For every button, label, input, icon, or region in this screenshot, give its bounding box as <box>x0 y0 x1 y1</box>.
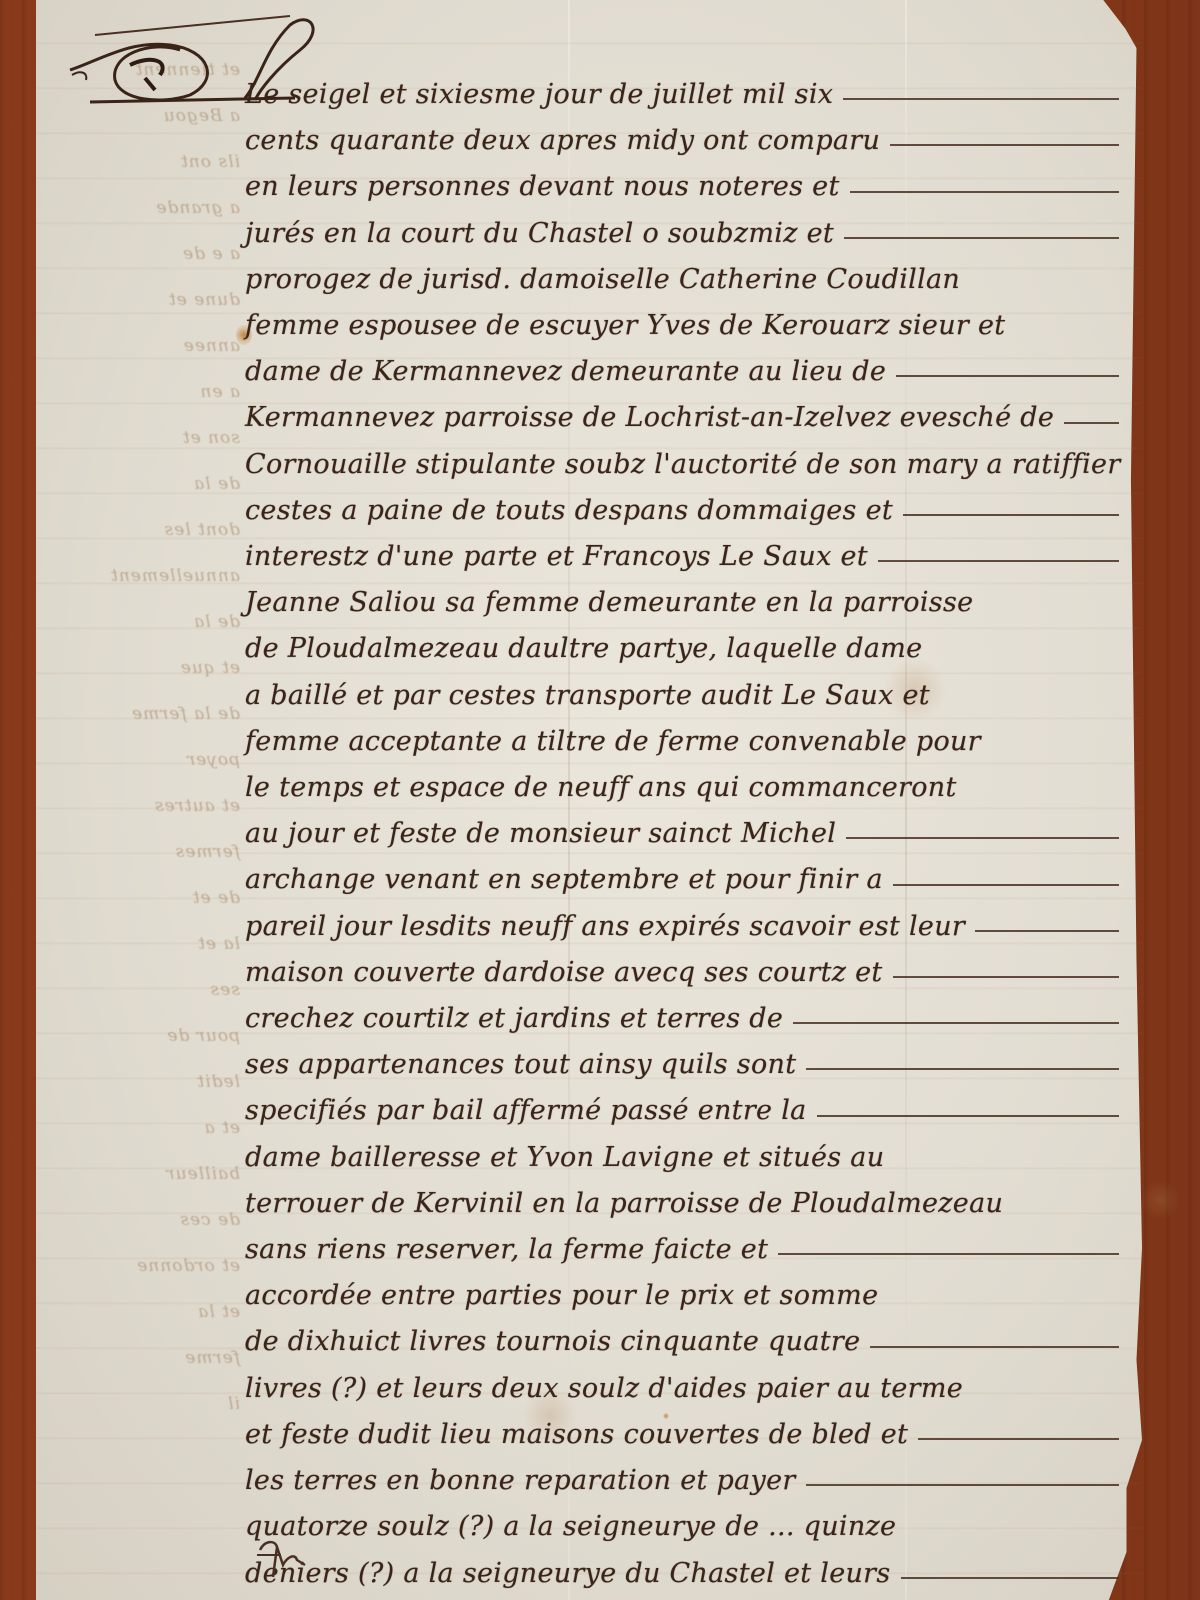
manuscript-line: le temps et espace de neuff ans qui comm… <box>245 765 1125 811</box>
manuscript-line: interestz d'une parte et Francoys Le Sau… <box>245 534 1125 580</box>
bleed-fragment: ses <box>50 980 240 1000</box>
manuscript-line: archange venant en septembre et pour fin… <box>245 857 1125 903</box>
line-filler-stroke <box>903 514 1119 516</box>
manuscript-line: et feste dudit lieu maisons couvertes de… <box>245 1412 1125 1458</box>
line-filler-stroke <box>846 837 1119 839</box>
line-filler-stroke <box>778 1253 1119 1255</box>
bleed-fragment: bailleur <box>50 1164 240 1184</box>
bleed-fragment: et ordonne <box>50 1256 240 1276</box>
manuscript-line: Jeanne Saliou sa femme demeurante en la … <box>245 580 1125 626</box>
bleed-through-text: et tiennent a Begou ils ont a grande a e… <box>50 60 240 1480</box>
manuscript-line: femme espousee de escuyer Yves de Keroua… <box>245 303 1125 349</box>
line-filler-stroke <box>890 144 1119 146</box>
manuscript-line: livres (?) et leurs deux soulz d'aides p… <box>245 1366 1125 1412</box>
manuscript-line: sans riens reserver, la ferme faicte et <box>245 1227 1125 1273</box>
manuscript-line: dame de Kermannevez demeurante au lieu d… <box>245 349 1125 395</box>
paraphe-mark-icon <box>255 1535 315 1580</box>
bleed-fragment: dont les <box>50 520 240 540</box>
manuscript-line: jurés en la court du Chastel o soubzmiz … <box>245 211 1125 257</box>
bleed-fragment: de la <box>50 612 240 632</box>
bleed-fragment: ils ont <box>50 152 240 172</box>
bleed-fragment: fermes <box>50 842 240 862</box>
bleed-fragment: a e de <box>50 244 240 264</box>
bleed-fragment: de la <box>50 474 240 494</box>
manuscript-line: a baillé et par cestes transporte audit … <box>245 673 1125 719</box>
bleed-fragment: de ces <box>50 1210 240 1230</box>
bleed-fragment: et que <box>50 658 240 678</box>
manuscript-line: Le seigel et sixiesme jour de juillet mi… <box>245 72 1125 118</box>
manuscript-line: Kermannevez parroisse de Lochrist-an-Ize… <box>245 395 1125 441</box>
bleed-fragment: ledit <box>50 1072 240 1092</box>
manuscript-line: maison couverte dardoise avecq ses court… <box>245 950 1125 996</box>
manuscript-line: terrouer de Kervinil en la parroisse de … <box>245 1181 1125 1227</box>
manuscript-line: ses appartenances tout ainsy quils sont <box>245 1042 1125 1088</box>
manuscript-line: de dixhuict livres tournois cinquante qu… <box>245 1319 1125 1365</box>
manuscript-line: prorogez de jurisd. damoiselle Catherine… <box>245 257 1125 303</box>
bleed-fragment: de et <box>50 888 240 908</box>
manuscript-line: accordée entre parties pour le prix et s… <box>245 1273 1125 1319</box>
manuscript-line: femme acceptante a tiltre de ferme conve… <box>245 719 1125 765</box>
line-filler-stroke <box>793 1022 1119 1024</box>
line-filler-stroke <box>850 191 1119 193</box>
manuscript-line: en leurs personnes devant nous noteres e… <box>245 164 1125 210</box>
manuscript-line: deniers (?) a la seigneurye du Chastel e… <box>245 1551 1125 1597</box>
manuscript-line: quatorze soulz (?) a la seigneurye de ..… <box>245 1504 1125 1550</box>
foxing-spot <box>1140 1180 1180 1220</box>
bleed-fragment: il <box>50 1394 240 1414</box>
bleed-fragment: la et <box>50 934 240 954</box>
manuscript-line: specifiés par bail affermé passé entre l… <box>245 1088 1125 1134</box>
bleed-fragment: pour de <box>50 1026 240 1046</box>
line-filler-stroke <box>844 237 1119 239</box>
line-filler-stroke <box>893 976 1119 978</box>
bleed-fragment: annuellement <box>50 566 240 586</box>
bleed-fragment: et la <box>50 1302 240 1322</box>
line-filler-stroke <box>1064 422 1119 424</box>
line-filler-stroke <box>806 1068 1119 1070</box>
manuscript-line: crechez courtilz et jardins et terres de <box>245 996 1125 1042</box>
line-filler-stroke <box>870 1346 1119 1348</box>
line-filler-stroke <box>878 560 1119 562</box>
bleed-fragment: et a <box>50 1118 240 1138</box>
bleed-fragment: et autres <box>50 796 240 816</box>
manuscript-line: pareil jour lesdits neuff ans expirés sc… <box>245 904 1125 950</box>
manuscript-line: Cornouaille stipulante soubz l'auctorité… <box>245 442 1125 488</box>
line-filler-stroke <box>918 1438 1119 1440</box>
manuscript-line: de Ploudalmezeau daultre partye, laquell… <box>245 626 1125 672</box>
manuscript-text: Le seigel et sixiesme jour de juillet mi… <box>245 72 1125 1597</box>
line-filler-stroke <box>843 98 1119 100</box>
bleed-fragment: poyer <box>50 750 240 770</box>
line-filler-stroke <box>896 375 1119 377</box>
bleed-fragment: dune et <box>50 290 240 310</box>
manuscript-line: dame bailleresse et Yvon Lavigne et situ… <box>245 1135 1125 1181</box>
bleed-fragment: annee <box>50 336 240 356</box>
bleed-fragment: de la ferme <box>50 704 240 724</box>
bleed-fragment: a grande <box>50 198 240 218</box>
bleed-fragment: a en <box>50 382 240 402</box>
line-filler-stroke <box>806 1484 1119 1486</box>
manuscript-line: cestes a paine de touts despans dommaige… <box>245 488 1125 534</box>
bleed-fragment: a Begou <box>50 106 240 126</box>
manuscript-line: au jour et feste de monsieur sainct Mich… <box>245 811 1125 857</box>
manuscript-line: les terres en bonne reparation et payer <box>245 1458 1125 1504</box>
bleed-fragment: ferme <box>50 1348 240 1368</box>
line-filler-stroke <box>975 930 1119 932</box>
line-filler-stroke <box>901 1577 1119 1579</box>
bleed-fragment: son et <box>50 428 240 448</box>
line-filler-stroke <box>893 884 1119 886</box>
line-filler-stroke <box>817 1115 1119 1117</box>
manuscript-line: cents quarante deux apres midy ont compa… <box>245 118 1125 164</box>
closing-paraphe <box>255 1535 315 1580</box>
